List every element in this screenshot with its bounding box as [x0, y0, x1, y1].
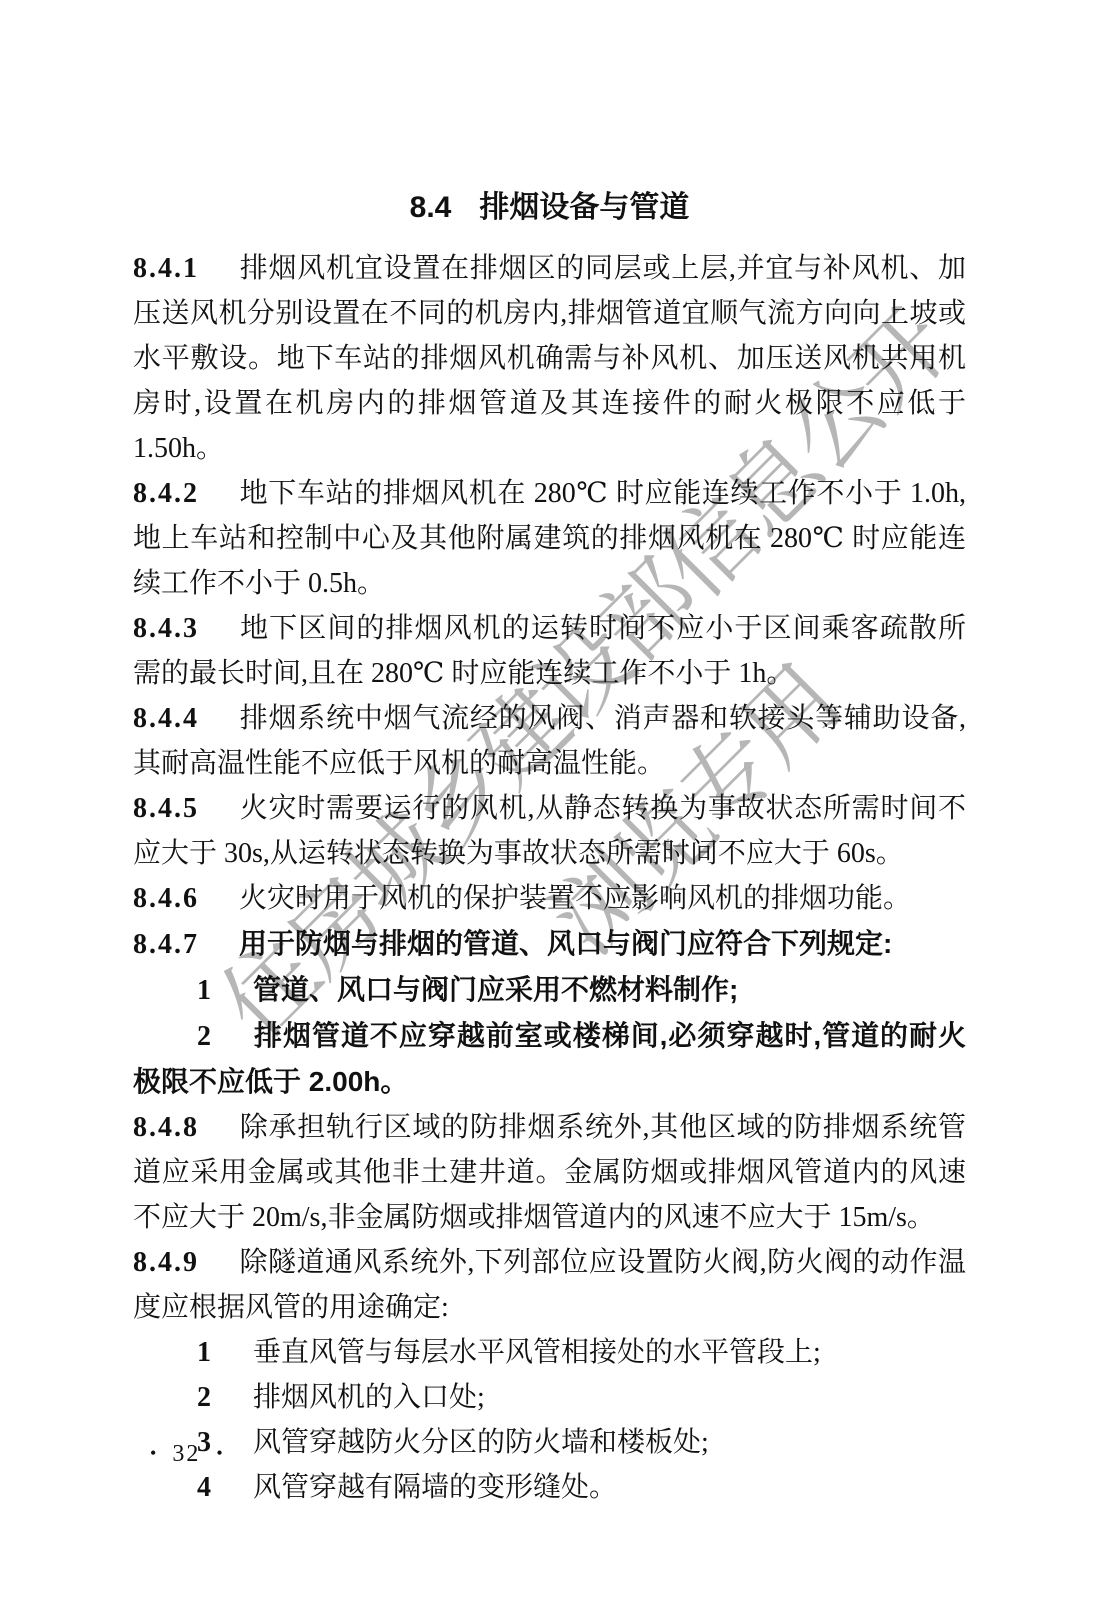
clause-number: 8.4.9 — [133, 1247, 199, 1278]
clause-number: 8.4.5 — [133, 793, 199, 824]
list-item-paragraph: 2排烟管道不应穿越前室或楼梯间,必须穿越时,管道的耐火极限不应低于 2.00h。 — [133, 1013, 966, 1105]
clause-number: 8.4.2 — [133, 478, 199, 509]
clause-number: 8.4.7 — [133, 929, 199, 960]
clause-paragraph: 8.4.9除隧道通风系统外,下列部位应设置防火阀,防火阀的动作温度应根据风管的用… — [133, 1240, 966, 1330]
clause-paragraph: 8.4.7用于防烟与排烟的管道、风口与阀门应符合下列规定: — [133, 921, 966, 967]
clause-text: 风管穿越有隔墙的变形缝处。 — [253, 1472, 617, 1503]
clause-list: 8.4.1排烟风机宜设置在排烟区的同层或上层,并宜与补风机、加压送风机分别设置在… — [133, 246, 966, 1510]
clause-number: 8.4.3 — [133, 613, 199, 644]
section-title: 8.4排烟设备与管道 — [133, 185, 966, 230]
section-title-text: 排烟设备与管道 — [479, 191, 689, 224]
clause-text: 垂直风管与每层水平风管相接处的水平管段上; — [253, 1337, 821, 1368]
clause-paragraph: 8.4.5火灾时需要运行的风机,从静态转换为事故状态所需时间不应大于 30s,从… — [133, 786, 966, 876]
page-number: 32 — [172, 1441, 200, 1467]
clause-paragraph: 8.4.8除承担轨行区域的防排烟系统外,其他区域的防排烟系统管道应采用金属或其他… — [133, 1105, 966, 1240]
clause-number: 2 — [197, 1021, 213, 1052]
list-item-paragraph: 4风管穿越有隔墙的变形缝处。 — [133, 1465, 966, 1510]
clause-text: 除隧道通风系统外,下列部位应设置防火阀,防火阀的动作温度应根据风管的用途确定: — [133, 1247, 966, 1323]
document-body: 8.4排烟设备与管道 8.4.1排烟风机宜设置在排烟区的同层或上层,并宜与补风机… — [133, 185, 966, 1510]
clause-number: 4 — [197, 1472, 213, 1503]
document-page: 住房城乡建设部信息公开 浏览专用 8.4排烟设备与管道 8.4.1排烟风机宜设置… — [0, 0, 1102, 1598]
clause-number: 8.4.6 — [133, 883, 199, 914]
clause-text: 火灾时需要运行的风机,从静态转换为事故状态所需时间不应大于 30s,从运转状态转… — [133, 793, 966, 869]
clause-number: 1 — [197, 1337, 213, 1368]
clause-number: 2 — [197, 1382, 213, 1413]
clause-number: 8.4.4 — [133, 703, 199, 734]
clause-paragraph: 8.4.4排烟系统中烟气流经的风阀、消声器和软接头等辅助设备,其耐高温性能不应低… — [133, 696, 966, 786]
clause-text: 地下车站的排烟风机在 280℃ 时应能连续工作不小于 1.0h,地上车站和控制中… — [133, 478, 966, 599]
page-footer: •32• — [150, 1438, 223, 1469]
clause-number: 8.4.8 — [133, 1112, 199, 1143]
clause-text: 用于防烟与排烟的管道、风口与阀门应符合下列规定: — [239, 928, 892, 959]
clause-text: 风管穿越防火分区的防火墙和楼板处; — [253, 1427, 709, 1458]
list-item-paragraph: 1垂直风管与每层水平风管相接处的水平管段上; — [133, 1330, 966, 1375]
clause-paragraph: 8.4.2地下车站的排烟风机在 280℃ 时应能连续工作不小于 1.0h,地上车… — [133, 471, 966, 606]
clause-text: 排烟系统中烟气流经的风阀、消声器和软接头等辅助设备,其耐高温性能不应低于风机的耐… — [133, 703, 966, 779]
clause-text: 除承担轨行区域的防排烟系统外,其他区域的防排烟系统管道应采用金属或其他非土建井道… — [133, 1112, 966, 1233]
clause-paragraph: 8.4.3地下区间的排烟风机的运转时间不应小于区间乘客疏散所需的最长时间,且在 … — [133, 606, 966, 696]
footer-dot-left: • — [150, 1443, 156, 1463]
list-item-paragraph: 1管道、风口与阀门应采用不燃材料制作; — [133, 967, 966, 1013]
footer-dot-right: • — [216, 1443, 222, 1463]
clause-paragraph: 8.4.1排烟风机宜设置在排烟区的同层或上层,并宜与补风机、加压送风机分别设置在… — [133, 246, 966, 471]
clause-number: 8.4.1 — [133, 253, 199, 284]
clause-text: 排烟风机的入口处; — [253, 1382, 485, 1413]
list-item-paragraph: 3风管穿越防火分区的防火墙和楼板处; — [133, 1420, 966, 1465]
clause-paragraph: 8.4.6火灾时用于风机的保护装置不应影响风机的排烟功能。 — [133, 876, 966, 921]
section-number: 8.4 — [410, 191, 452, 224]
clause-text: 排烟管道不应穿越前室或楼梯间,必须穿越时,管道的耐火极限不应低于 2.00h。 — [133, 1020, 966, 1097]
clause-number: 1 — [197, 975, 213, 1006]
list-item-paragraph: 2排烟风机的入口处; — [133, 1375, 966, 1420]
clause-text: 排烟风机宜设置在排烟区的同层或上层,并宜与补风机、加压送风机分别设置在不同的机房… — [133, 253, 966, 464]
clause-text: 地下区间的排烟风机的运转时间不应小于区间乘客疏散所需的最长时间,且在 280℃ … — [133, 613, 966, 689]
clause-text: 管道、风口与阀门应采用不燃材料制作; — [253, 974, 738, 1005]
clause-text: 火灾时用于风机的保护装置不应影响风机的排烟功能。 — [239, 883, 911, 914]
